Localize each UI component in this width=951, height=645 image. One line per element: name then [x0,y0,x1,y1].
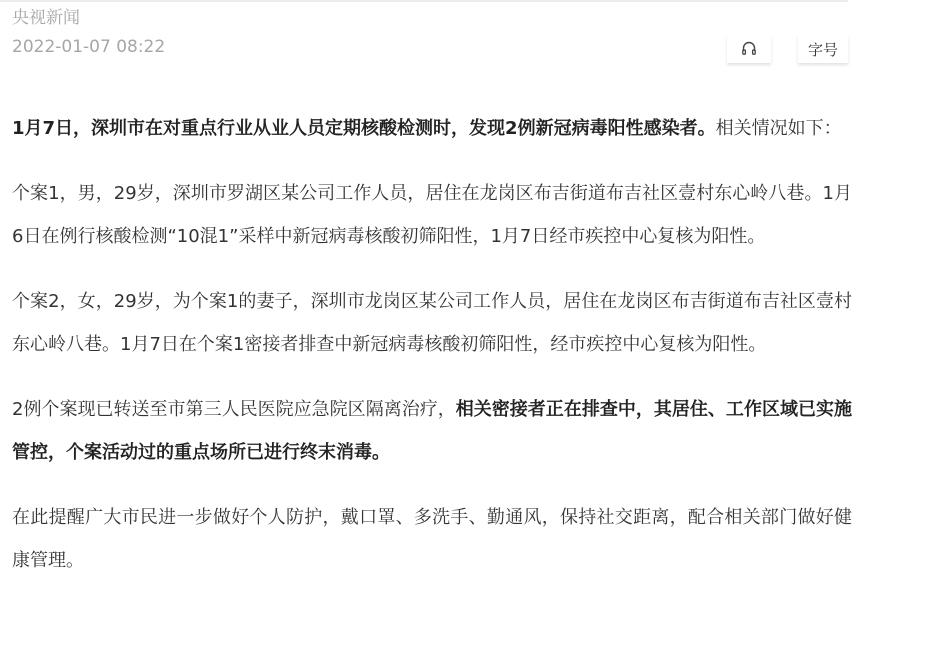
font-size-label: 字号 [808,39,838,60]
paragraph-treatment: 2例个案现已转送至市第三人民医院应急院区隔离治疗，相关密接者正在排查中，其居住、… [12,388,852,474]
reminder-text: 在此提醒广大市民进一步做好个人防护，戴口罩、多洗手、勤通风，保持社交距离，配合相… [12,507,852,571]
treatment-text: 2例个案现已转送至市第三人民医院应急院区隔离治疗， [12,399,456,420]
paragraph-reminder: 在此提醒广大市民进一步做好个人防护，戴口罩、多洗手、勤通风，保持社交距离，配合相… [12,496,852,582]
paragraph-case-1: 个案1，男，29岁，深圳市罗湖区某公司工作人员，居住在龙岗区布吉街道布吉社区壹村… [12,172,852,258]
top-divider [0,0,848,2]
paragraph-intro: 1月7日，深圳市在对重点行业从业人员定期核酸检测时，发现2例新冠病毒阳性感染者。… [12,107,852,150]
listen-button[interactable] [727,36,771,63]
article-meta: 央视新闻 2022-01-07 08:22 [12,6,165,59]
intro-bold-text: 1月7日，深圳市在对重点行业从业人员定期核酸检测时，发现2例新冠病毒阳性感染者。 [12,118,716,139]
case-2-text: 个案2，女，29岁，为个案1的妻子，深圳市龙岗区某公司工作人员，居住在龙岗区布吉… [12,291,852,355]
headphones-icon [741,40,757,60]
publish-time: 2022-01-07 08:22 [12,35,165,59]
paragraph-case-2: 个案2，女，29岁，为个案1的妻子，深圳市龙岗区某公司工作人员，居住在龙岗区布吉… [12,280,852,366]
font-size-button[interactable]: 字号 [798,36,848,63]
case-1-text: 个案1，男，29岁，深圳市罗湖区某公司工作人员，居住在龙岗区布吉街道布吉社区壹村… [12,183,852,247]
intro-text: 相关情况如下： [716,118,842,139]
article-body: 1月7日，深圳市在对重点行业从业人员定期核酸检测时，发现2例新冠病毒阳性感染者。… [12,107,852,604]
news-source[interactable]: 央视新闻 [12,6,165,30]
